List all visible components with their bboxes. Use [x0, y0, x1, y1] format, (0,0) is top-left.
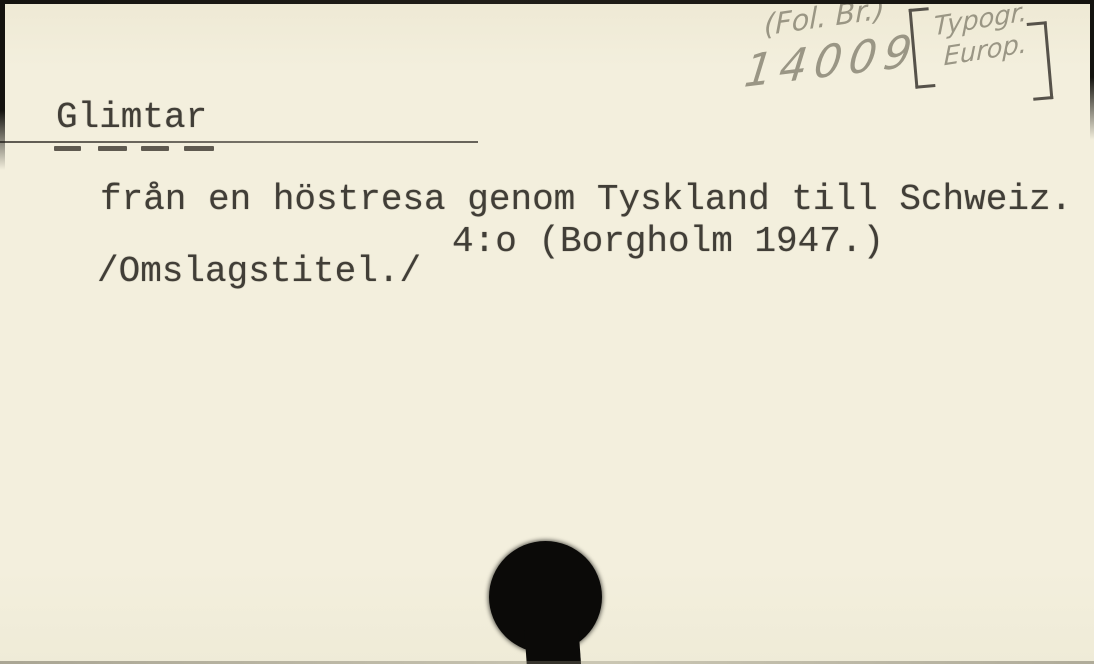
cover-title-note: /Omslagstitel./: [97, 252, 421, 292]
card-heading: Glimtar: [56, 98, 207, 138]
right-bracket-mark: [1027, 21, 1054, 100]
underline-dash: [184, 146, 214, 151]
title-continuation-line: från en höstresa genom Tyskland till Sch…: [100, 180, 1072, 220]
ruled-line: [0, 141, 478, 143]
underline-dash: [141, 146, 169, 151]
catalog-card: (Fol. Br.) 14009 Typogr. Europ. Glimtar …: [0, 0, 1094, 664]
imprint-line: 4:o (Borgholm 1947.): [452, 222, 884, 262]
underline-dash: [98, 146, 127, 151]
scan-edge-top: [0, 0, 1094, 4]
scan-edge-right: [1090, 0, 1094, 140]
scan-edge-left: [0, 0, 5, 170]
underline-dash: [54, 146, 81, 151]
hole-punch-slot: [522, 630, 581, 664]
